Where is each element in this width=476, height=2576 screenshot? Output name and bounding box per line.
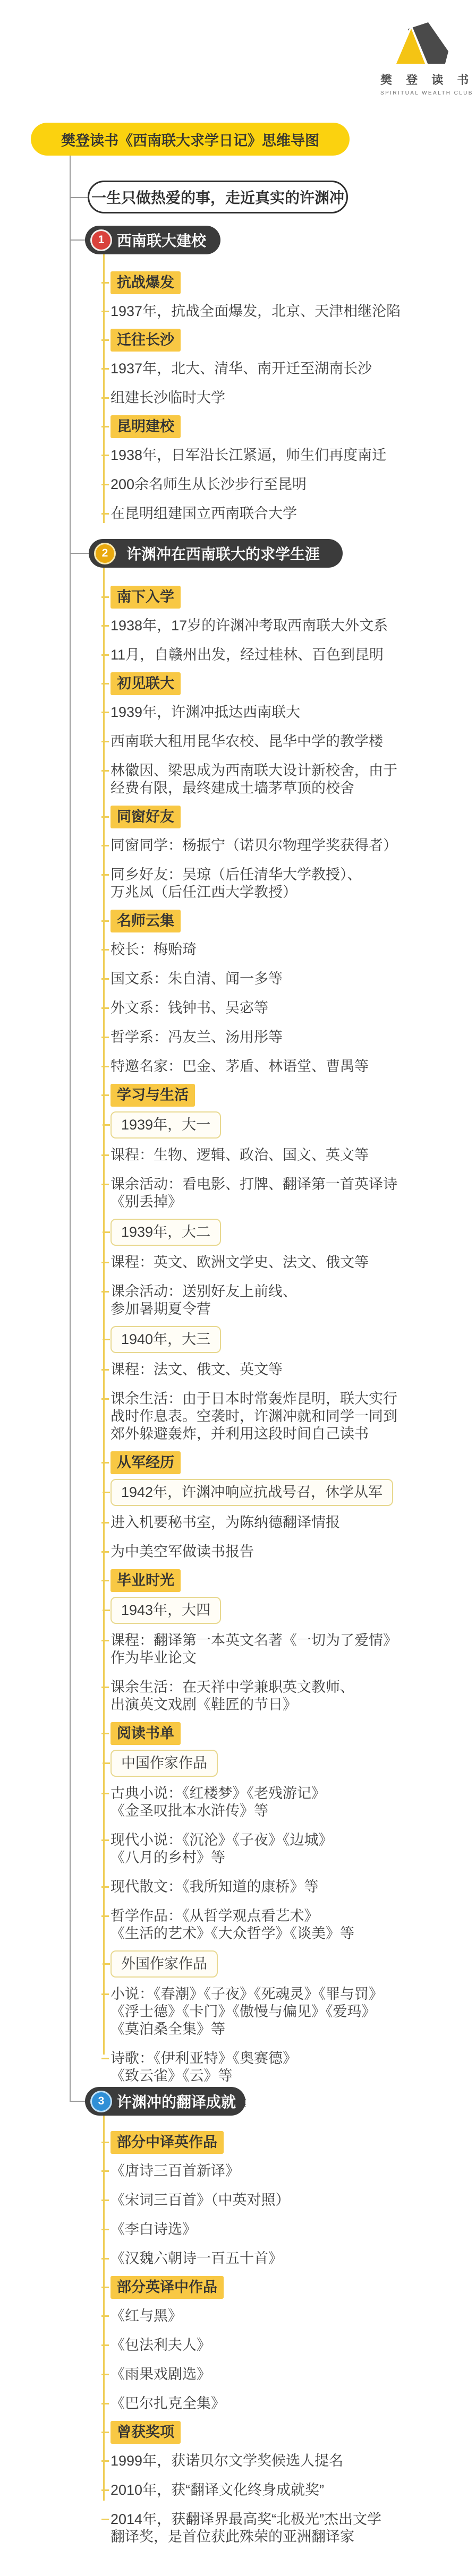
subtopic-box: 1943年，大四 — [110, 1597, 221, 1624]
section-title: 许渊冲的翻译成就 — [117, 2091, 236, 2112]
section-pill: 1 西南联大建校 — [85, 226, 220, 254]
topic-highlight: 部分英译中作品 — [110, 2276, 224, 2299]
topic-highlight: 同窗好友 — [110, 806, 181, 828]
section-number-badge: 3 — [92, 2092, 110, 2111]
detail-text: 现代小说：《沉沦》《子夜》《边城》 《八月的乡村》等 — [110, 1832, 333, 1867]
detail-text: 课程：英文、欧洲文学史、法文、俄文等 — [110, 1254, 369, 1271]
detail-text: 国文系：朱自清、闻一多等 — [110, 970, 283, 988]
detail-text: 哲学作品：《从哲学观点看艺术》 《生活的艺术》《大众哲学》《谈美》等 — [110, 1907, 354, 1942]
detail-text: 哲学系：冯友兰、汤用彤等 — [110, 1029, 283, 1046]
branch-spine-line — [103, 568, 105, 2055]
section-title: 许渊冲在西南联大的求学生涯 — [114, 543, 332, 564]
branch-spine-line — [103, 254, 105, 523]
detail-text: 西南联大租用昆华农校、昆华中学的教学楼 — [110, 733, 383, 750]
topic-highlight: 毕业时光 — [110, 1569, 181, 1592]
topic-highlight: 从军经历 — [110, 1451, 181, 1474]
detail-text: 1999年，获诺贝尔文学奖候选人提名 — [110, 2452, 343, 2470]
main-spine-line — [70, 156, 71, 2101]
branch-spine-line — [103, 2116, 105, 2501]
brand-name-cn: 樊 登 读 书 — [380, 71, 460, 88]
detail-text: 《李白诗选》 — [110, 2221, 197, 2238]
title-banner: 樊登读书《西南联大求学日记》思维导图 — [31, 123, 350, 156]
detail-text: 1938年，17岁的许渊冲考取西南联大外文系 — [110, 617, 388, 635]
detail-text: 《宋词三百首》（中英对照） — [110, 2192, 290, 2209]
detail-text: 进入机要秘书室，为陈纳德翻译情报 — [110, 1514, 340, 1531]
detail-text: 组建长沙临时大学 — [110, 389, 225, 407]
section-content: 南下入学1938年，17岁的许渊冲考取西南联大外文系11月，自赣州出发，经过桂林… — [110, 583, 456, 2120]
subtopic-box: 1939年，大二 — [110, 1219, 221, 1246]
subtopic-box: 1942年，许渊冲响应抗战号召，休学从军 — [110, 1479, 393, 1506]
mindmap-page: 樊 登 读 书 SPIRITUAL WEALTH CLUB 樊登读书《西南联大求… — [0, 0, 476, 2576]
subtopic-box: 1940年，大三 — [110, 1326, 221, 1353]
connector-line — [70, 197, 88, 198]
detail-text: 古典小说：《红楼梦》《老残游记》 《金圣叹批本水浒传》等 — [110, 1785, 326, 1820]
connector-line — [70, 2101, 85, 2102]
topic-highlight: 迁往长沙 — [110, 329, 181, 352]
detail-text: 1938年，日军沿长江紧逼，师生们再度南迁 — [110, 447, 386, 464]
detail-text: 课余活动：看电影、打牌、翻译第一首英译诗 《别丢掉》 — [110, 1176, 397, 1211]
detail-text: 同窗同学：杨振宁（诺贝尔物理学奖获得者） — [110, 837, 397, 854]
detail-text: 课程：翻译第一本英文名著《一切为了爱情》 作为毕业论文 — [110, 1632, 397, 1667]
subtopic-box: 外国作家作品 — [110, 1950, 218, 1978]
detail-text: 2014年，获翻译界最高奖“北极光”杰出文学 翻译奖，是首位获此殊荣的亚洲翻译家 — [110, 2511, 381, 2546]
detail-text: 在昆明组建国立西南联合大学 — [110, 505, 297, 523]
topic-highlight: 学习与生活 — [110, 1084, 195, 1107]
book-logo-icon — [391, 22, 449, 65]
detail-text: 小说：《春潮》《子夜》《死魂灵》《罪与罚》 《浮士德》《卡门》《傲慢与偏见》《爱… — [110, 1986, 383, 2038]
detail-text: 同乡好友：吴琼（后任清华大学教授）、 万兆凤（后任江西大学教授） — [110, 866, 362, 901]
detail-text: 11月，自赣州出发，经过桂林、百色到昆明 — [110, 646, 384, 664]
detail-text: 《雨果戏剧选》 — [110, 2366, 211, 2383]
section-title: 西南联大建校 — [117, 229, 206, 251]
connector-line — [70, 239, 85, 241]
section-pill: 3 许渊冲的翻译成就 — [85, 2087, 245, 2116]
topic-highlight: 南下入学 — [110, 586, 181, 609]
detail-text: 《包法利夫人》 — [110, 2337, 211, 2354]
section-number-badge: 1 — [92, 231, 110, 250]
detail-text: 课余活动：送别好友上前线、 参加暑期夏令营 — [110, 1283, 297, 1318]
section-number-badge: 2 — [96, 544, 114, 563]
topic-highlight: 昆明建校 — [110, 415, 181, 438]
subtopic-box: 中国作家作品 — [110, 1750, 218, 1777]
topic-highlight: 曾获奖项 — [110, 2421, 181, 2444]
detail-text: 林徽因、梁思成为西南联大设计新校舍，由于 经费有限，最终建成土墙茅草顶的校舍 — [110, 762, 397, 797]
detail-text: 课程：法文、俄文、英文等 — [110, 1361, 283, 1379]
detail-text: 200余名师生从长沙步行至昆明 — [110, 476, 307, 493]
detail-text: 《唐诗三百首新译》 — [110, 2162, 240, 2180]
detail-text: 校长：梅贻琦 — [110, 941, 197, 958]
detail-text: 为中美空军做读书报告 — [110, 1543, 254, 1561]
detail-text: 课余生活：由于日本时常轰炸昆明，联大实行 战时作息表。空袭时，许渊冲就和同学一同… — [110, 1390, 397, 1443]
detail-text: 《红与黑》 — [110, 2307, 182, 2325]
detail-text: 外文系：钱钟书、吴宓等 — [110, 999, 268, 1017]
topic-highlight: 初见联大 — [110, 672, 181, 695]
connector-line — [70, 553, 89, 554]
detail-text: 现代散文：《我所知道的康桥》等 — [110, 1878, 319, 1896]
detail-text: 《巴尔扎克全集》 — [110, 2395, 225, 2412]
topic-highlight: 名师云集 — [110, 910, 181, 932]
detail-text: 1939年，许渊冲抵达西南联大 — [110, 704, 300, 721]
brand-name-en: SPIRITUAL WEALTH CLUB — [380, 90, 460, 96]
detail-text: 《汉魏六朝诗一百五十首》 — [110, 2250, 283, 2267]
section-content: 抗战爆发1937年，抗战全面爆发，北京、天津相继沦陷迁往长沙1937年，北大、清… — [110, 269, 456, 528]
central-topic-pill: 一生只做热爱的事，走近真实的许渊冲 — [88, 181, 348, 213]
detail-text: 特邀名家：巴金、茅盾、林语堂、曹禺等 — [110, 1058, 369, 1075]
topic-highlight: 部分中译英作品 — [110, 2131, 224, 2154]
detail-text: 1937年，抗战全面爆发，北京、天津相继沦陷 — [110, 303, 401, 320]
topic-highlight: 抗战爆发 — [110, 271, 181, 294]
detail-text: 1937年，北大、清华、南开迁至湖南长沙 — [110, 360, 372, 378]
detail-text: 2010年，获“翻译文化终身成就奖” — [110, 2481, 324, 2499]
detail-text: 课余生活：在天祥中学兼职英文教师、 出演英文戏剧《鞋匠的节日》 — [110, 1679, 354, 1714]
detail-text: 诗歌：《伊利亚特》《奥赛德》 《致云雀》《云》等 — [110, 2050, 297, 2085]
topic-highlight: 阅读书单 — [110, 1722, 181, 1745]
section-pill: 2 许渊冲在西南联大的求学生涯 — [89, 539, 343, 568]
subtopic-box: 1939年，大一 — [110, 1111, 221, 1139]
detail-text: 课程：生物、逻辑、政治、国文、英文等 — [110, 1146, 369, 1164]
brand-logo: 樊 登 读 书 SPIRITUAL WEALTH CLUB — [380, 22, 460, 96]
section-content: 部分中译英作品《唐诗三百首新译》《宋词三百首》（中英对照）《李白诗选》《汉魏六朝… — [110, 2128, 456, 2552]
